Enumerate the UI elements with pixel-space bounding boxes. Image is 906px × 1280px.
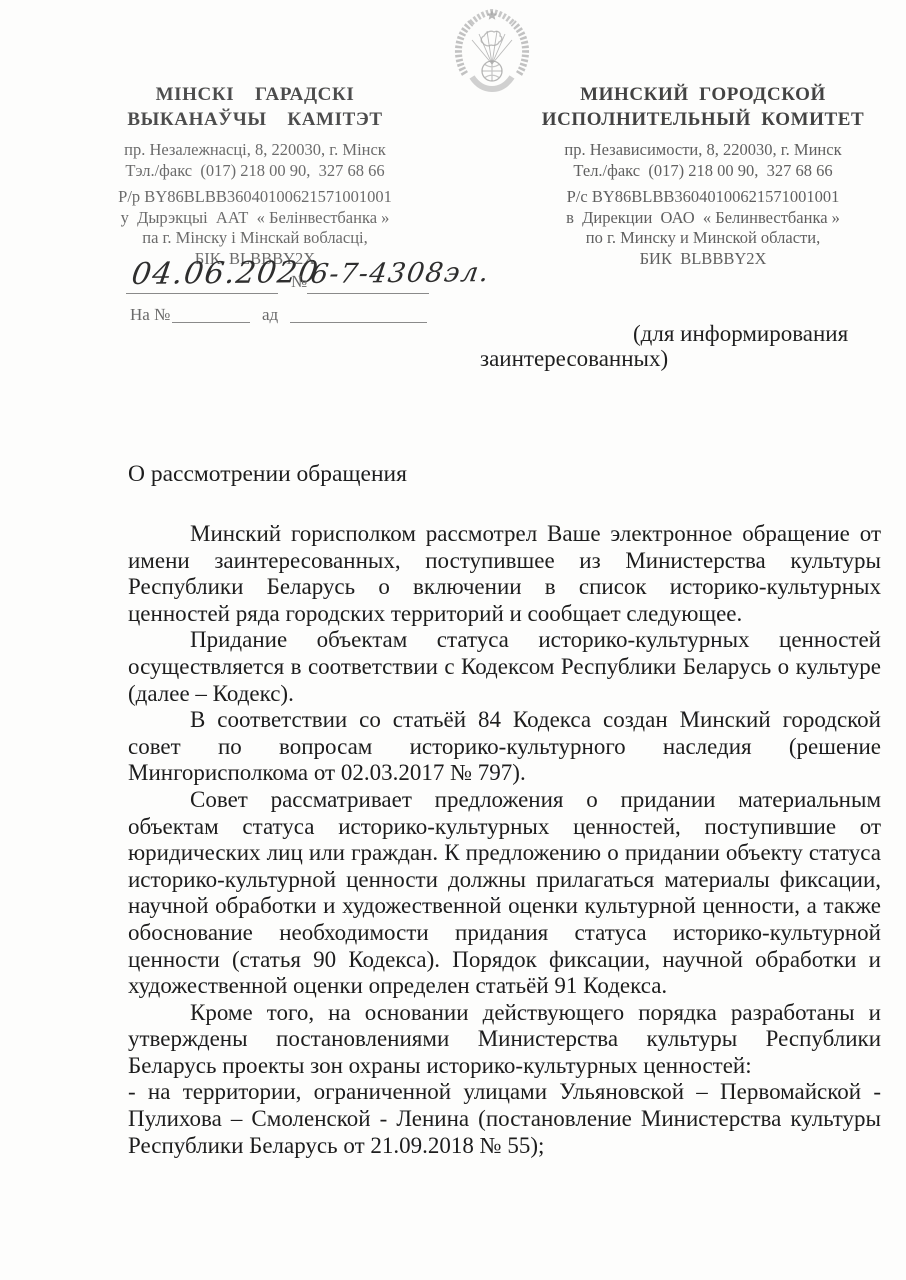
letterhead-left: МІНСКІ ГАРАДСКІ ВЫКАНАЎЧЫ КАМІТЭТ пр. Не… (55, 82, 455, 269)
body-paragraph: Придание объектам статуса историко-культ… (128, 627, 881, 707)
org-address-ru: пр. Независимости, 8, 220030, г. Минск (510, 140, 896, 161)
number-underline (307, 293, 429, 294)
org-account-ru: Р/с BY86BLBB36040100621571001001 (510, 187, 896, 208)
org-title-ru-line2: ИСПОЛНИТЕЛЬНЫЙ КОМИТЕТ (510, 107, 896, 132)
body-paragraph: Минский горисполком рассмотрел Ваше элек… (128, 521, 881, 627)
body-paragraph: Кроме того, на основании действующего по… (128, 1000, 881, 1080)
recipient-note-line2: заинтересованных) (480, 346, 668, 372)
org-bank-ru: в Дирекции ОАО « Белинвестбанка » (510, 208, 896, 229)
org-bank-region-ru: по г. Минску и Минской области, (510, 228, 896, 249)
org-account-by: Р/р BY86BLBB36040100621571001001 (55, 187, 455, 208)
letter-body: Минский горисполком рассмотрел Ваше элек… (128, 521, 881, 1159)
org-phone-ru: Тел./факс (017) 218 00 90, 327 68 66 (510, 161, 896, 182)
org-bank-region-by: па г. Мінску і Мінскай вобласці, (55, 228, 455, 249)
org-title-by-line2: ВЫКАНАЎЧЫ КАМІТЭТ (55, 107, 455, 132)
recipient-note-line1: (для информирования (633, 321, 848, 347)
org-bank-by: у Дырэкцыі ААТ « Белінвестбанка » (55, 208, 455, 229)
reply-date-underline (290, 322, 427, 323)
body-paragraph: - на территории, ограниченной улицами Ул… (128, 1079, 881, 1159)
body-paragraph: В соответствии со статьёй 84 Кодекса соз… (128, 707, 881, 787)
reply-to-label: На № (130, 305, 170, 325)
org-address-by: пр. Незалежнасці, 8, 220030, г. Мінск (55, 140, 455, 161)
org-phone-by: Тэл./факс (017) 218 00 90, 327 68 66 (55, 161, 455, 182)
date-underline (126, 293, 278, 294)
body-paragraph: Совет рассматривает предложения о придан… (128, 787, 881, 1000)
handwritten-number: 6-7-4308эл. (309, 257, 493, 290)
reply-number-underline (172, 322, 250, 323)
reply-date-label: ад (262, 305, 278, 325)
org-title-by-line1: МІНСКІ ГАРАДСКІ (55, 82, 455, 107)
subject-line: О рассмотрении обращения (128, 461, 407, 488)
number-sign-label: № (291, 272, 307, 292)
org-bik-ru: БИК BLBBBY2X (510, 249, 896, 270)
org-title-ru-line1: МИНСКИЙ ГОРОДСКОЙ (510, 82, 896, 107)
scanned-letter-page: МІНСКІ ГАРАДСКІ ВЫКАНАЎЧЫ КАМІТЭТ пр. Не… (0, 0, 906, 1280)
letterhead-right: МИНСКИЙ ГОРОДСКОЙ ИСПОЛНИТЕЛЬНЫЙ КОМИТЕТ… (510, 82, 896, 269)
